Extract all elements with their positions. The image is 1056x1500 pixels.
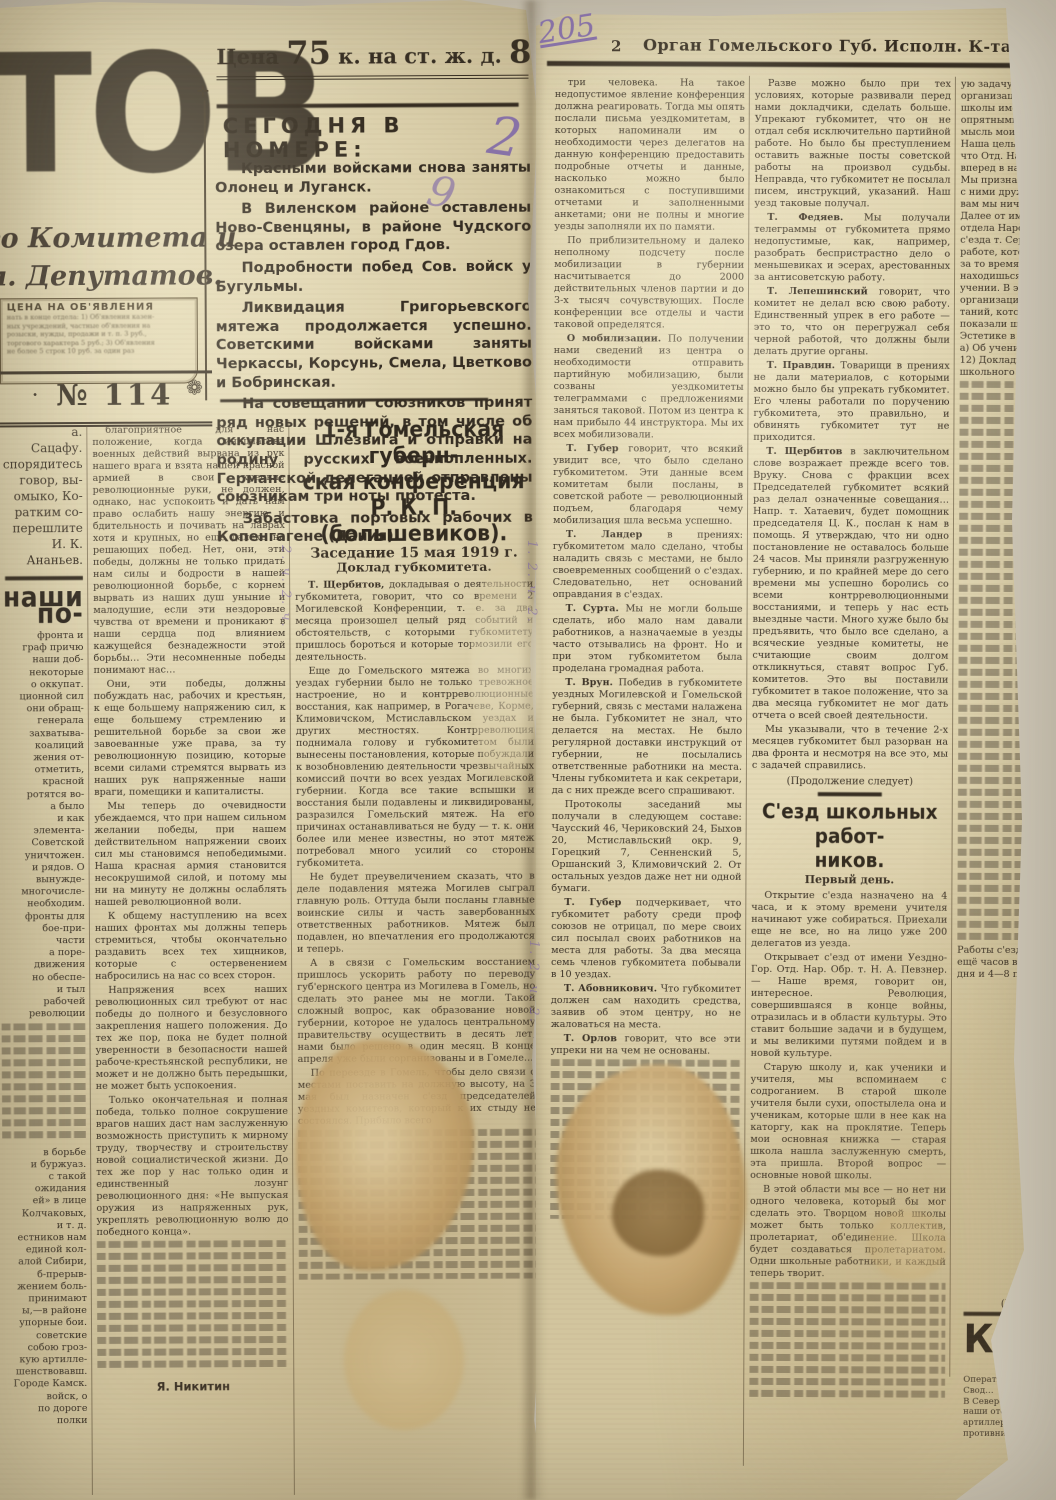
newspaper-left-page: ТОВ го Комитета и м. Депутатов. ✛ Цена 7… <box>0 0 548 1500</box>
illegible-print <box>749 1282 946 1403</box>
illegible-print <box>957 381 1051 941</box>
section-headline-partial: наши по- <box>0 588 83 621</box>
organ-line: Орган Гомельского Губ. Исполн. К-та и Го… <box>643 35 1035 56</box>
conference-article-column: 1-я Гомельская губерн- ская конференция … <box>294 421 538 1480</box>
author-signature: Я. Никитин <box>97 1380 289 1393</box>
fragment-lines: фронта играф причюнаши доб-некоторыео ок… <box>0 630 85 1021</box>
rule <box>217 103 519 109</box>
issue-number-row: • № 114 ❁ <box>0 370 212 427</box>
header-rule <box>547 61 1019 68</box>
conference-continuation-column: три человека. На такое недопустимое явле… <box>549 77 745 1468</box>
kras-headline-partial: Крас <box>963 1317 1053 1363</box>
ornament-divider: ✛ <box>199 88 213 406</box>
speeches-and-school-column: Разве можно было при тех условиях, котор… <box>749 78 951 1479</box>
left-edge-column-fragments: а.Сацафу.спорядитесьговор, вы-омыко, Ко-… <box>0 425 88 1497</box>
operational-report-lines: ОперативнаяСвод…В Северо-Днаши отсталарт… <box>963 1375 1053 1440</box>
school-congress-headline: С'езд школьных работ- ников. <box>751 801 947 874</box>
article-dateline: Заседание 15 мая 1919 г. <box>295 547 533 560</box>
illegible-print <box>298 1129 537 1280</box>
archival-newspaper-scan: ТОВ го Комитета и м. Депутатов. ✛ Цена 7… <box>0 0 1056 1500</box>
kras-article-stub: (Продолж Крас ОперативнаяСвод…В Северо-Д… <box>963 1299 1054 1440</box>
fragment-lines: в борьбеи буржуаз.с такойожиданияей» в л… <box>2 1146 87 1427</box>
illegible-print <box>97 1240 290 1371</box>
issue-number: № 114 <box>56 378 173 413</box>
column-divider <box>949 77 956 1377</box>
page-number: 2 <box>611 37 622 55</box>
fragment-lines: а.Сацафу.спорядитесьговор, вы-омыко, Ко-… <box>0 425 83 568</box>
rule <box>5 576 83 580</box>
masthead-subtitle-line2: м. Депутатов. <box>0 260 223 292</box>
price-line: Цена 75 к. на ст. ж. д. 85 к. <box>216 33 528 81</box>
pencil-vertical-mark: 1. 2. ч. 2. <box>526 940 541 1024</box>
flower-ornament-icon: ❁ <box>186 375 203 399</box>
school-congress-subhead: Первый день. <box>751 874 947 887</box>
continuation-note: (Продолжение следует) <box>752 776 948 789</box>
dot-ornament-icon: • <box>32 390 38 401</box>
page-header: 2 Орган Гомельского Губ. Исполн. К-та и … <box>555 29 1025 61</box>
editorial-column: благоприятное для нас положение, когда и… <box>92 424 290 1481</box>
right-edge-column-fragments: ую задачу—задорганизации. Детшколы имеющ… <box>956 79 1053 1239</box>
fragment-lines: Работы с'ездещё часов вдня и 4—8 по <box>957 945 1049 981</box>
spear-finial-icon: ✛ <box>197 82 210 100</box>
ad-rates-smallprint: нать в конце отдела: 1) Об'явления казен… <box>7 312 191 356</box>
ornament-rule <box>818 792 882 796</box>
illegible-print <box>550 1059 741 1220</box>
pencil-vertical-mark: 2. ч. 2. ч. <box>278 545 293 629</box>
article-headline: 1-я Гомельская губерн- ская конференция … <box>294 421 533 547</box>
continuation-cut: (Продолж <box>964 1299 1054 1310</box>
column-divider <box>86 425 93 1495</box>
rule <box>964 1312 1026 1316</box>
newspaper-right-page: 2 Орган Гомельского Губ. Исполн. К-та и … <box>536 0 1036 1500</box>
illegible-print <box>1 1022 86 1142</box>
fragment-lines: ую задачу—задорганизации. Детшколы имеющ… <box>960 79 1053 379</box>
article-subhead: Доклад губкомитета. <box>295 561 533 574</box>
pencil-vertical-mark: 1. 2. ч. 2. <box>524 540 539 624</box>
